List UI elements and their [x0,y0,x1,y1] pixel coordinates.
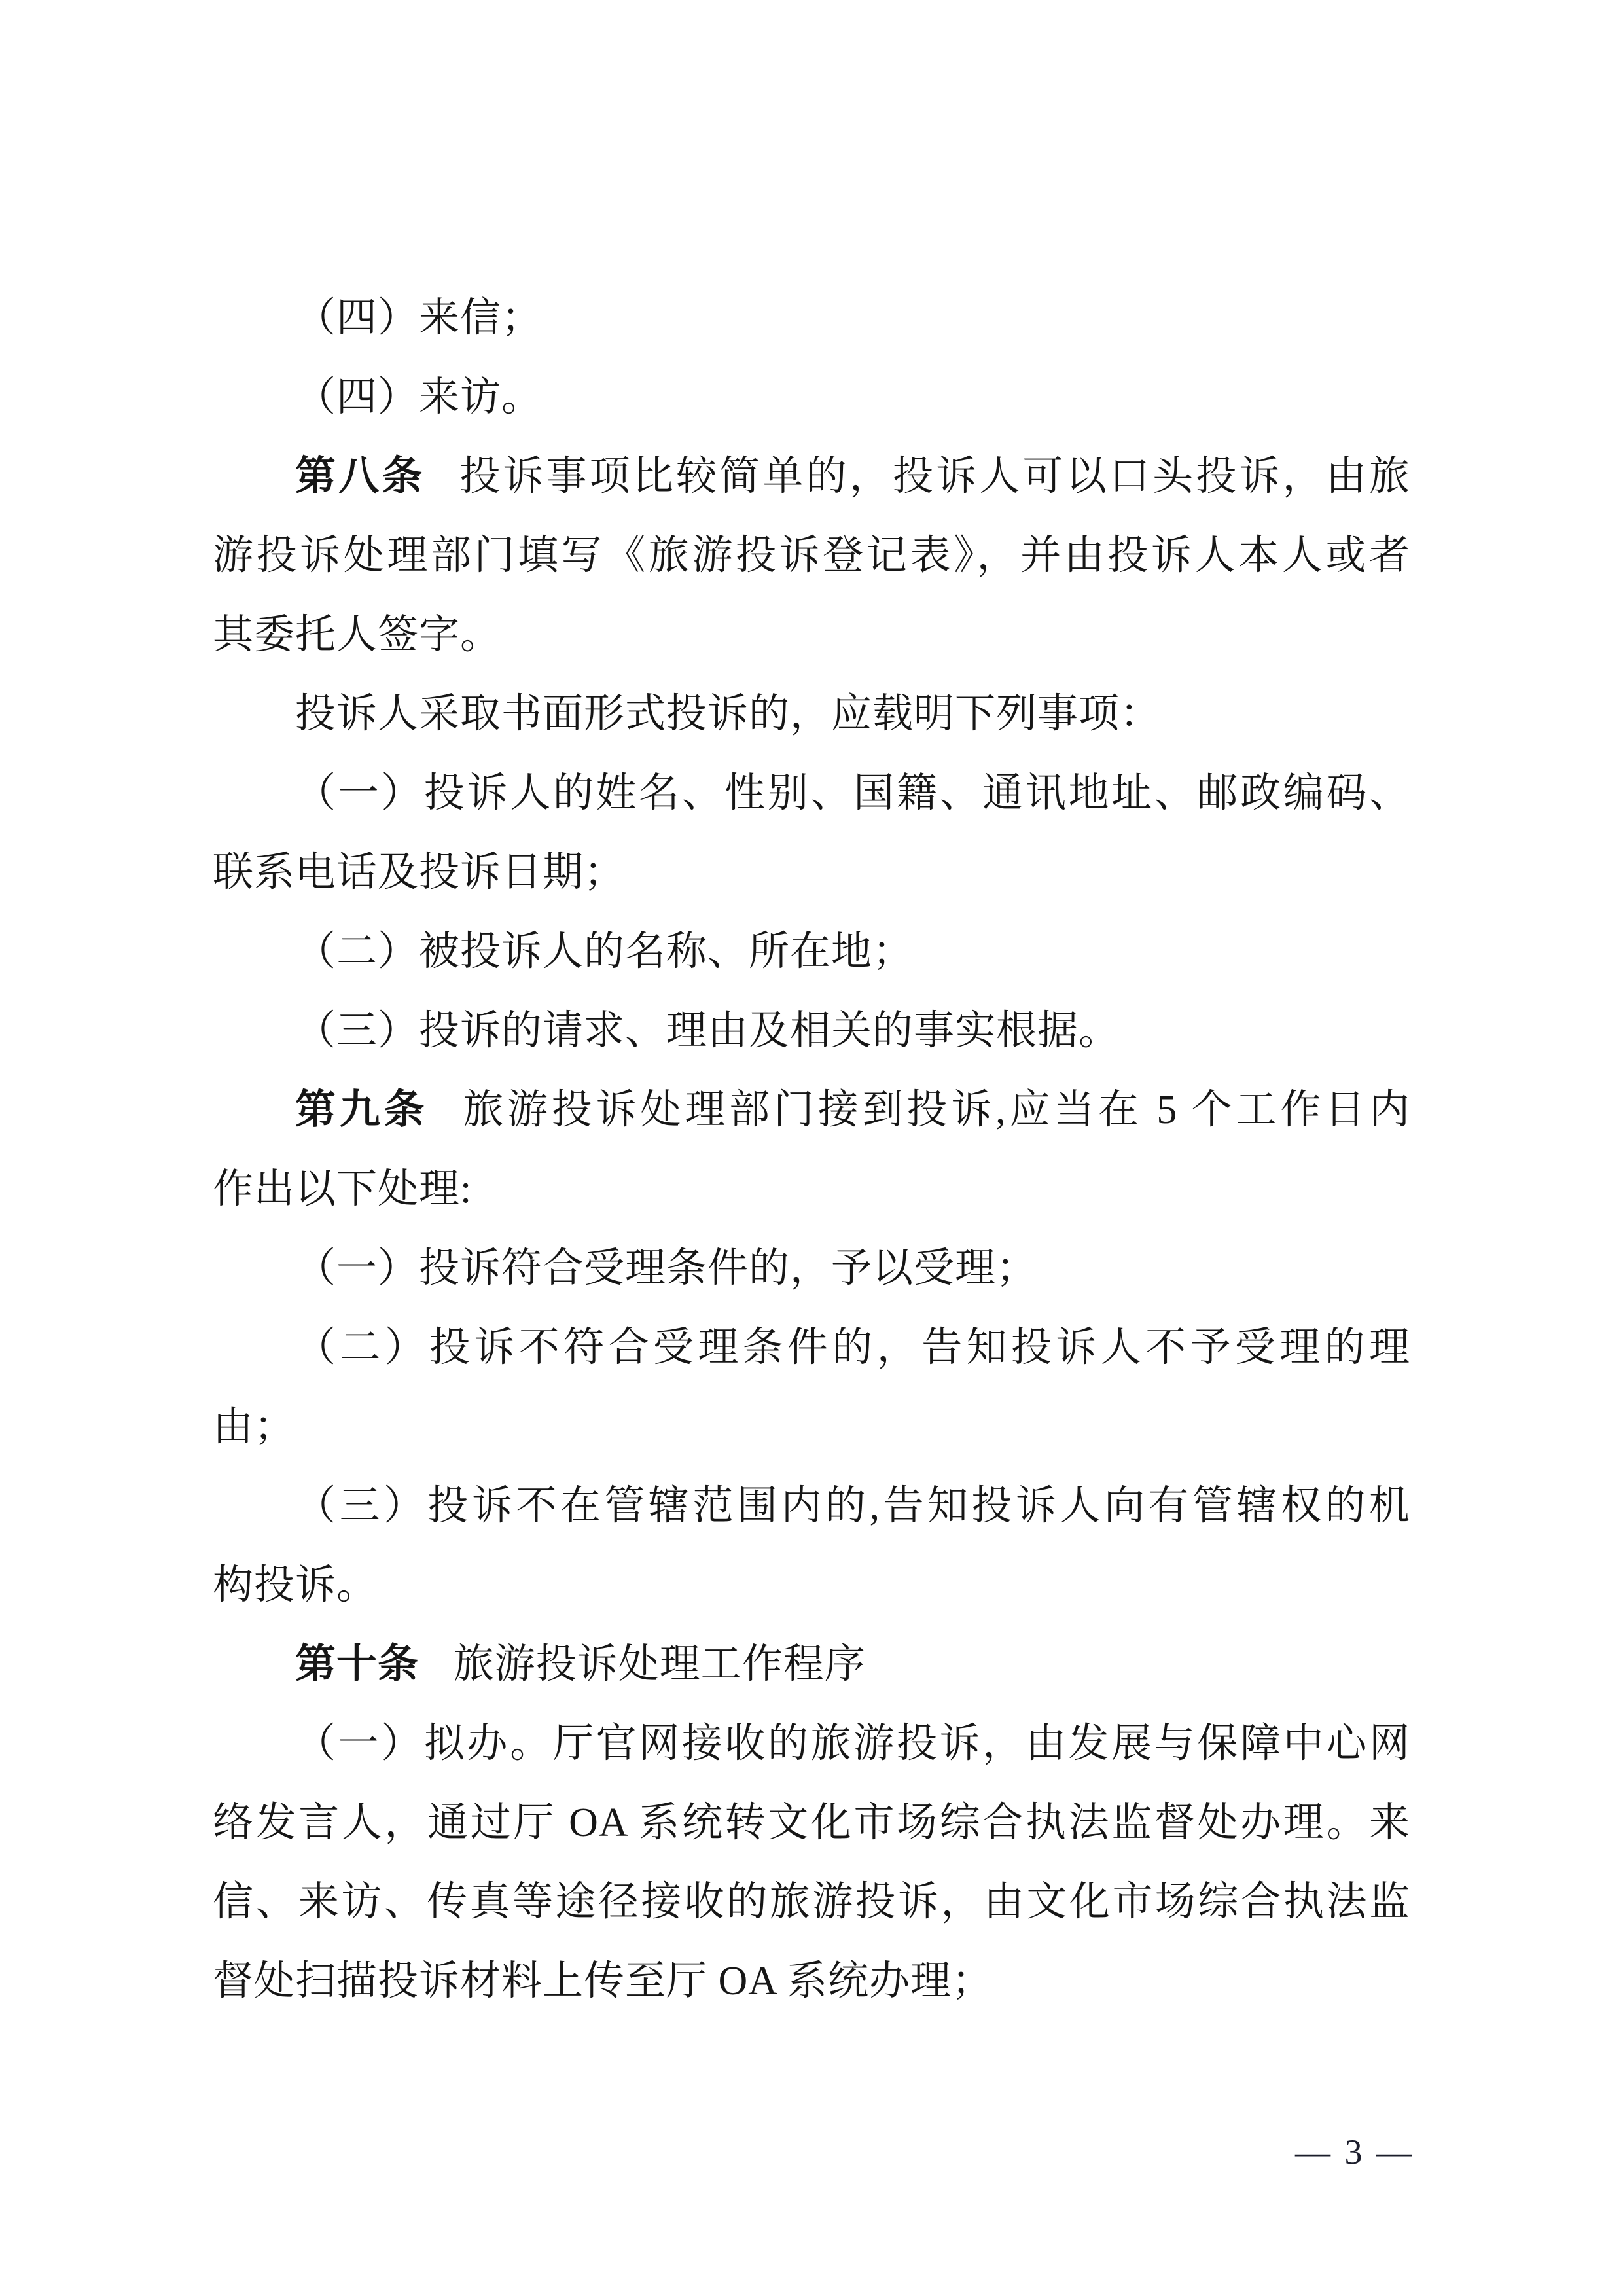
text-line: 第十条旅游投诉处理工作程序 [213,1625,1410,1704]
line-text: （三）投诉不在管辖范围内的,告知投诉人向有管辖权的机 [295,1484,1410,1528]
line-text: 信、来访、传真等途径接收的旅游投诉，由文化市场综合执法监 [213,1880,1410,1924]
text-line: （三）投诉的请求、理由及相关的事实根据。 [213,992,1410,1071]
line-text: 督处扫描投诉材料上传至厅 OA 系统办理； [213,1959,993,2003]
line-text: （一）拟办。厅官网接收的旅游投诉，由发展与保障中心网 [295,1721,1410,1766]
text-line: （四）来访。 [213,358,1410,437]
text-line: 构投诉。 [213,1546,1410,1625]
line-text: 投诉人采取书面形式投诉的，应载明下列事项： [295,692,1161,736]
line-text: 构投诉。 [213,1563,378,1607]
line-text: 投诉事项比较简单的，投诉人可以口头投诉，由旅 [459,454,1410,499]
text-line: 络发言人，通过厅 OA 系统转文化市场综合执法监督处办理。来 [213,1784,1410,1863]
text-line: 其委托人签字。 [213,596,1410,675]
text-line: （三）投诉不在管辖范围内的,告知投诉人向有管辖权的机 [213,1467,1410,1546]
line-text: （四）来信； [295,296,543,340]
line-text: 络发言人，通过厅 OA 系统转文化市场综合执法监督处办理。来 [213,1801,1410,1845]
article-number: 第十条 [295,1642,419,1687]
text-line: 投诉人采取书面形式投诉的，应载明下列事项： [213,675,1410,754]
text-line: （二）投诉不符合受理条件的，告知投诉人不予受理的理 [213,1308,1410,1388]
document-page: （四）来信；（四）来访。第八条投诉事项比较简单的，投诉人可以口头投诉，由旅游投诉… [0,0,1623,2296]
text-line: （二）被投诉人的名称、所在地； [213,912,1410,992]
text-line: 第九条旅游投诉处理部门接到投诉,应当在 5 个工作日内 [213,1071,1410,1150]
line-text: 由； [213,1405,295,1449]
text-line: 信、来访、传真等途径接收的旅游投诉，由文化市场综合执法监 [213,1863,1410,1942]
text-line: （四）来信； [213,279,1410,358]
line-text: （一）投诉人的姓名、性别、国籍、通讯地址、邮政编码、 [295,771,1410,816]
line-text: 旅游投诉处理部门接到投诉,应当在 5 个工作日内 [463,1088,1410,1132]
line-text: 联系电话及投诉日期； [213,850,625,895]
text-line: 督处扫描投诉材料上传至厅 OA 系统办理； [213,1942,1410,2021]
text-line: （一）拟办。厅官网接收的旅游投诉，由发展与保障中心网 [213,1704,1410,1784]
text-line: 第八条投诉事项比较简单的，投诉人可以口头投诉，由旅 [213,437,1410,516]
article-number: 第九条 [295,1088,429,1132]
line-text: 旅游投诉处理工作程序 [454,1642,866,1687]
line-text: 游投诉处理部门填写《旅游投诉登记表》，并由投诉人本人或者 [213,533,1410,578]
text-line: （一）投诉人的姓名、性别、国籍、通讯地址、邮政编码、 [213,754,1410,833]
article-number: 第八条 [295,454,425,499]
line-text: 其委托人签字。 [213,613,501,657]
text-line: 由； [213,1388,1410,1467]
text-line: 作出以下处理: [213,1150,1410,1229]
line-text: （三）投诉的请求、理由及相关的事实根据。 [295,1009,1120,1053]
line-text: （一）投诉符合受理条件的，予以受理； [295,1246,1037,1291]
text-line: （一）投诉符合受理条件的，予以受理； [213,1229,1410,1308]
line-text: （二）被投诉人的名称、所在地； [295,929,914,974]
page-number: — 3 — [1270,2113,1440,2192]
text-line: 联系电话及投诉日期； [213,833,1410,912]
text-line: 游投诉处理部门填写《旅游投诉登记表》，并由投诉人本人或者 [213,516,1410,596]
line-text: （四）来访。 [295,375,543,420]
document-body: （四）来信；（四）来访。第八条投诉事项比较简单的，投诉人可以口头投诉，由旅游投诉… [213,279,1410,2021]
line-text: 作出以下处理: [213,1167,472,1211]
line-text: （二）投诉不符合受理条件的，告知投诉人不予受理的理 [295,1325,1410,1370]
